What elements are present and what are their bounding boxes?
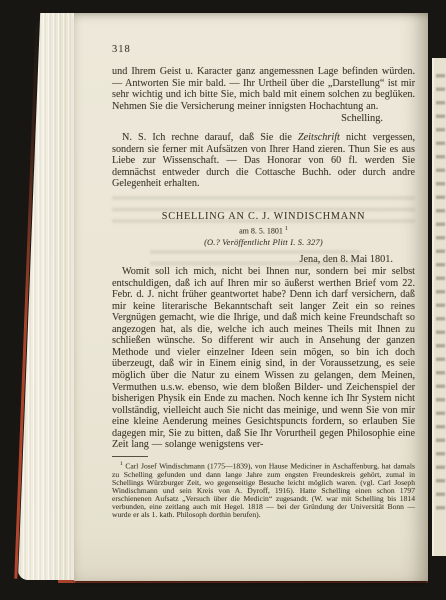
letter-signature: Schelling.: [112, 113, 415, 124]
letter-heading: SCHELLING AN C. J. WINDISCHMANN am 8. 5.…: [112, 211, 415, 247]
continuation-paragraph: und Ihrem Geist u. Karacter ganz angemes…: [112, 66, 415, 112]
facing-page-blurred-text: [436, 74, 445, 516]
photographed-book-scene: 318 und Ihrem Geist u. Karacter ganz ang…: [0, 0, 446, 600]
letter-heading-date-text: am 8. 5. 1801: [239, 227, 283, 236]
letter-body-paragraph: Womit soll ich mich, nicht bei Ihnen nur…: [112, 266, 415, 451]
postscript-text: N. S. Ich rechne darauf, daß Sie die: [122, 132, 298, 143]
letter-heading-source-note: (O.? Veröffentlicht Plitt I. S. 327): [112, 238, 415, 247]
footnote-text: Carl Josef Windischmann (1775—1839), von…: [112, 461, 415, 519]
letter-dateline: Jena, den 8. Mai 1801.: [112, 254, 415, 265]
letter-heading-date: am 8. 5. 1801 1: [112, 226, 415, 236]
postscript-paragraph: N. S. Ich rechne darauf, daß Sie die Zei…: [112, 132, 415, 190]
letter-heading-title: SCHELLING AN C. J. WINDISCHMANN: [112, 211, 415, 222]
facing-page-sliver: [432, 58, 446, 556]
page-number: 318: [112, 44, 415, 55]
footnote-paragraph: 1 Carl Josef Windischmann (1775—1839), v…: [112, 460, 415, 520]
footnote-reference-marker: 1: [285, 226, 288, 232]
footnote-separator-rule: [112, 456, 148, 457]
footnote-block: 1 Carl Josef Windischmann (1775—1839), v…: [112, 456, 415, 520]
printed-text-column: 318 und Ihrem Geist u. Karacter ganz ang…: [112, 44, 415, 519]
postscript-journal-title: Zeitschrift: [298, 132, 340, 143]
